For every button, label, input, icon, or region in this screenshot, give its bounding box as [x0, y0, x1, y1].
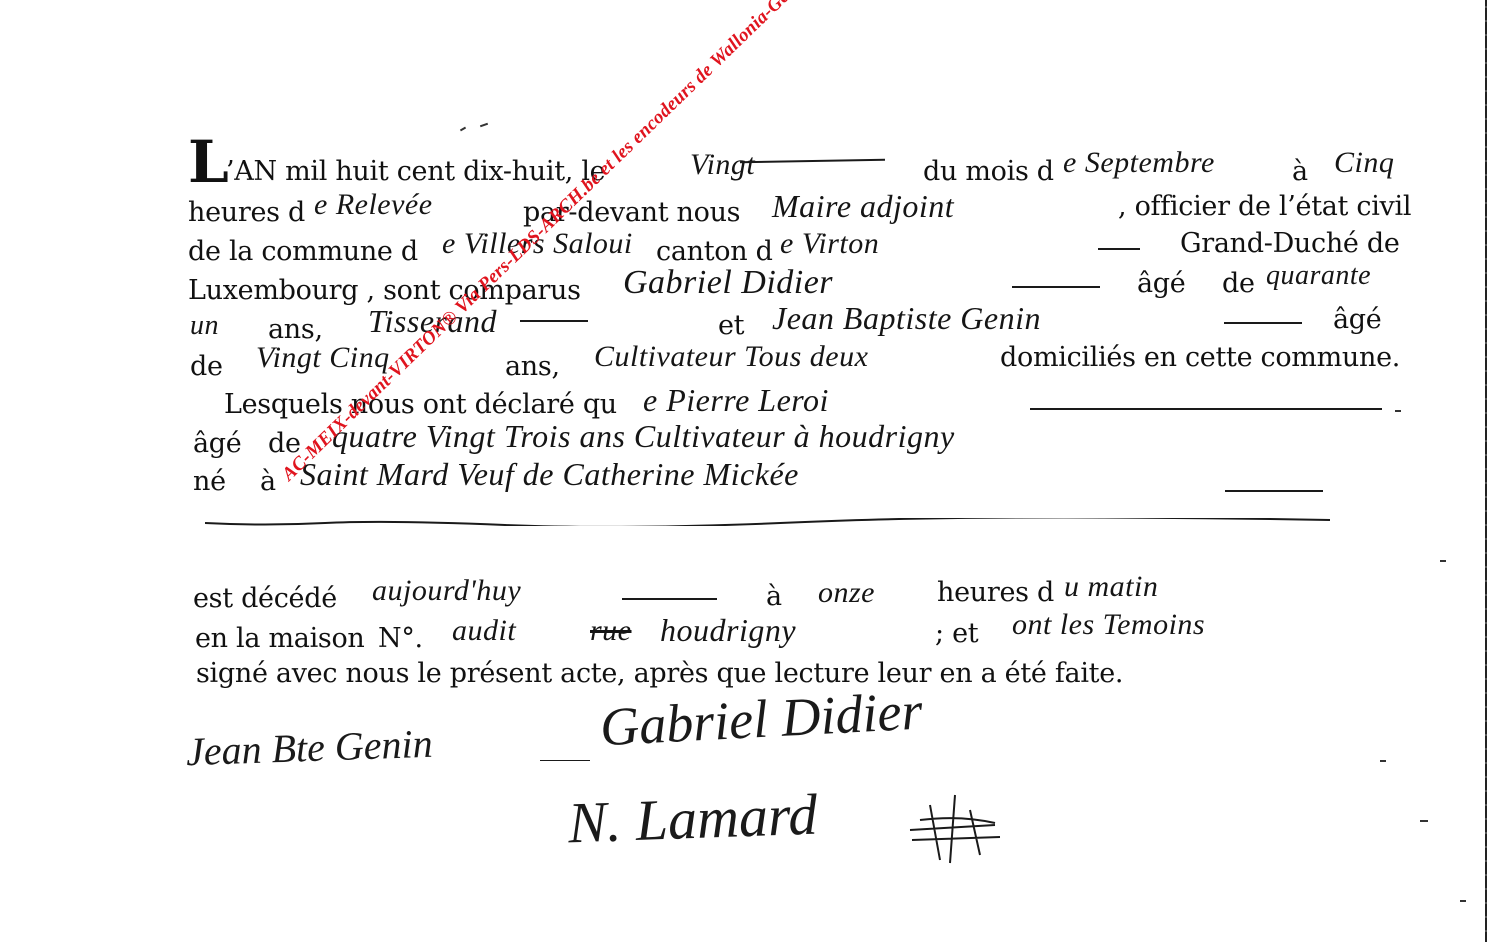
printed-text: ans,: [505, 353, 560, 380]
filler-line: [520, 320, 588, 322]
handwritten-village: houdrigny: [660, 614, 796, 646]
filler-line: [1225, 490, 1323, 492]
printed-text: en la maison: [195, 625, 365, 652]
handwritten-deceased-name: e Pierre Leroi: [643, 384, 829, 416]
handwritten-age-unit: un: [190, 312, 219, 340]
printed-text: du mois d: [923, 158, 1054, 185]
printed-text: , officier de l’état civil: [1118, 193, 1411, 220]
handwritten-house-ref: audit: [452, 616, 516, 646]
handwritten-street-struck: rue: [590, 616, 632, 646]
signature-mayor: N. Lamard: [567, 786, 818, 853]
printed-text: âgé: [1333, 306, 1381, 333]
filler-line: [622, 598, 717, 600]
signature-flourish: [540, 760, 590, 761]
handwritten-witness-1-age: quarante: [1266, 262, 1371, 290]
handwritten-witness-1-name: Gabriel Didier: [623, 266, 833, 300]
printed-text: né: [193, 468, 226, 495]
scan-speck: [1460, 900, 1466, 902]
scanned-document-page: L ’AN mil huit cent dix-huit, le Vingt d…: [0, 0, 1503, 942]
page-edge-border: [1485, 0, 1487, 942]
handwritten-witness-2-name: Jean Baptiste Genin: [772, 302, 1041, 334]
printed-text: domiciliés en cette commune.: [1000, 344, 1400, 371]
handwritten-officer-title: Maire adjoint: [772, 190, 954, 222]
printed-text: heures d: [188, 199, 305, 226]
printed-text: Lesquels nous ont déclaré qu: [224, 391, 617, 418]
printed-text: ’AN mil huit cent dix-huit, le: [226, 158, 605, 185]
handwritten-time-of-day: e Relevée: [314, 190, 433, 220]
printed-text: de: [1222, 270, 1255, 297]
handwritten-death-hour: onze: [818, 578, 875, 608]
signature-witness-1: Gabriel Didier: [599, 684, 924, 755]
filler-line: [1224, 322, 1302, 324]
handwritten-deceased-details: quatre Vingt Trois ans Cultivateur à hou…: [332, 420, 955, 452]
printed-text: à: [260, 468, 276, 495]
printed-text: à: [766, 583, 782, 610]
printed-text: âgé: [1137, 270, 1185, 297]
scan-speck: [1420, 820, 1428, 822]
handwritten-birthplace-status: Saint Mard Veuf de Catherine Mickée: [300, 458, 799, 490]
filler-line: [1012, 286, 1100, 288]
handwritten-time-of-day: u matin: [1064, 572, 1158, 602]
scan-speck: [1380, 760, 1386, 762]
printed-text: et: [718, 312, 744, 339]
filler-line: [1098, 248, 1140, 250]
printed-text: ans,: [268, 316, 323, 343]
separator-rule: [205, 518, 1330, 526]
signature-witness-2: Jean Bte Genin: [185, 724, 433, 773]
drop-cap-letter: L: [188, 133, 229, 191]
scan-speck: [480, 123, 488, 128]
printed-text: de: [190, 353, 223, 380]
handwritten-month: e Septembre: [1063, 148, 1215, 178]
printed-text: heures d: [937, 579, 1054, 606]
scan-speck: [1395, 410, 1401, 412]
handwritten-day: Vingt: [690, 150, 755, 180]
printed-text: signé avec nous le présent acte, après q…: [196, 660, 1123, 687]
handwritten-hour: Cinq: [1334, 148, 1394, 178]
printed-text: Luxembourg , sont comparus: [188, 277, 581, 304]
scan-speck: [1440, 560, 1446, 562]
handwritten-witness-2-age: Vingt Cinq: [256, 343, 390, 373]
signature-paraph: [900, 785, 1010, 865]
printed-text: à: [1292, 158, 1308, 185]
printed-text: ; et: [935, 620, 978, 647]
printed-text: canton d: [656, 238, 773, 265]
printed-text: âgé: [193, 430, 241, 457]
printed-text: de la commune d: [188, 238, 418, 265]
handwritten-canton: e Virton: [780, 229, 879, 259]
scan-speck: [460, 127, 466, 132]
filler-line: [1030, 408, 1382, 410]
printed-text: N°.: [378, 625, 423, 652]
printed-text: Grand-Duché de: [1180, 230, 1400, 257]
printed-text: est décédé: [193, 585, 337, 612]
handwritten-witness-2-occupation: Cultivateur Tous deux: [594, 342, 868, 372]
filler-line: [740, 159, 885, 164]
handwritten-death-day: aujourd'huy: [372, 576, 521, 606]
handwritten-witnesses-signed: ont les Temoins: [1012, 610, 1205, 640]
